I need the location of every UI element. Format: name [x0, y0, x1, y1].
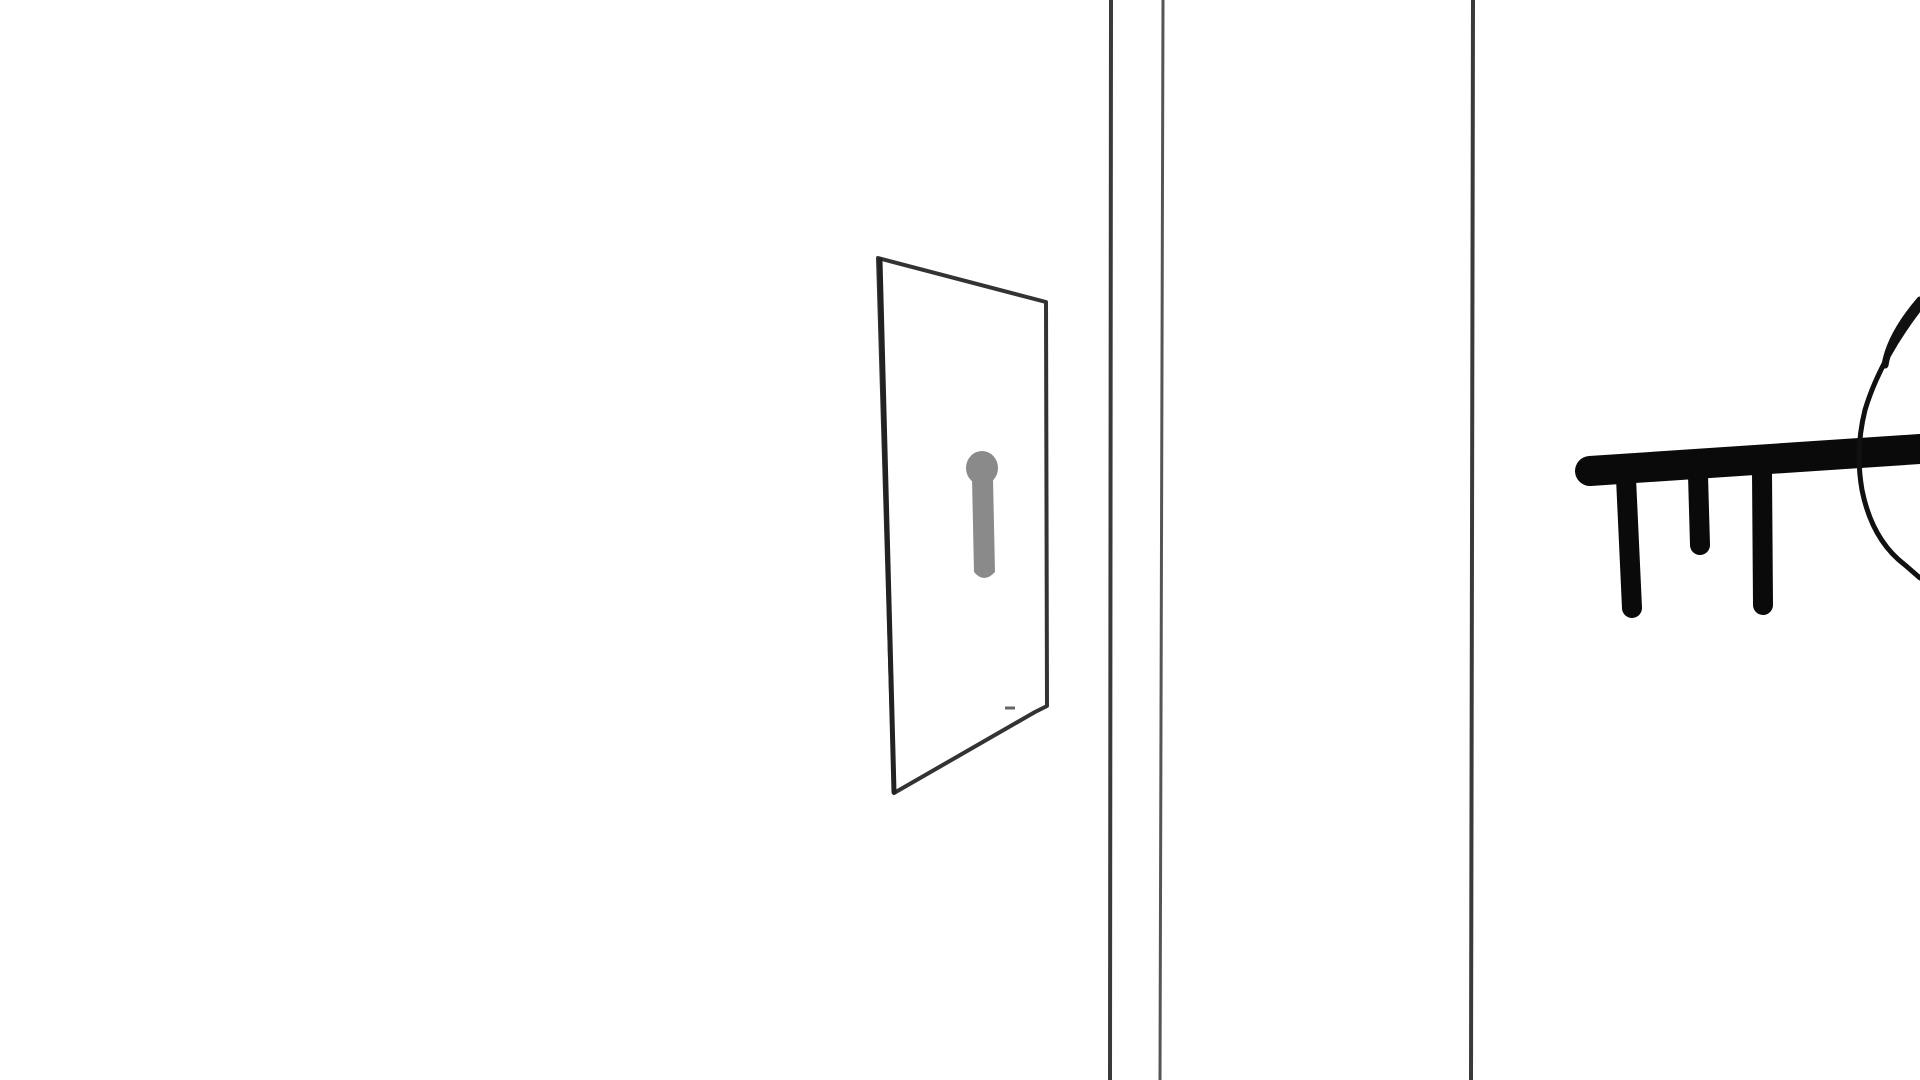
frame-line-right [1471, 0, 1473, 1080]
key-tooth-3 [1762, 472, 1763, 605]
frame-line-middle [1160, 0, 1163, 1080]
door-frame-lines [1110, 0, 1473, 1080]
plate-left-edge [880, 260, 894, 792]
keyhole-icon [966, 451, 998, 578]
key-icon [1585, 300, 1920, 608]
plate-outline [878, 258, 1047, 793]
key-tooth-2 [1698, 475, 1700, 545]
frame-line-left [1110, 0, 1111, 1080]
key-tooth-1 [1626, 478, 1632, 608]
keyhole-plate [878, 258, 1047, 793]
storyboard-canvas [0, 0, 1920, 1080]
